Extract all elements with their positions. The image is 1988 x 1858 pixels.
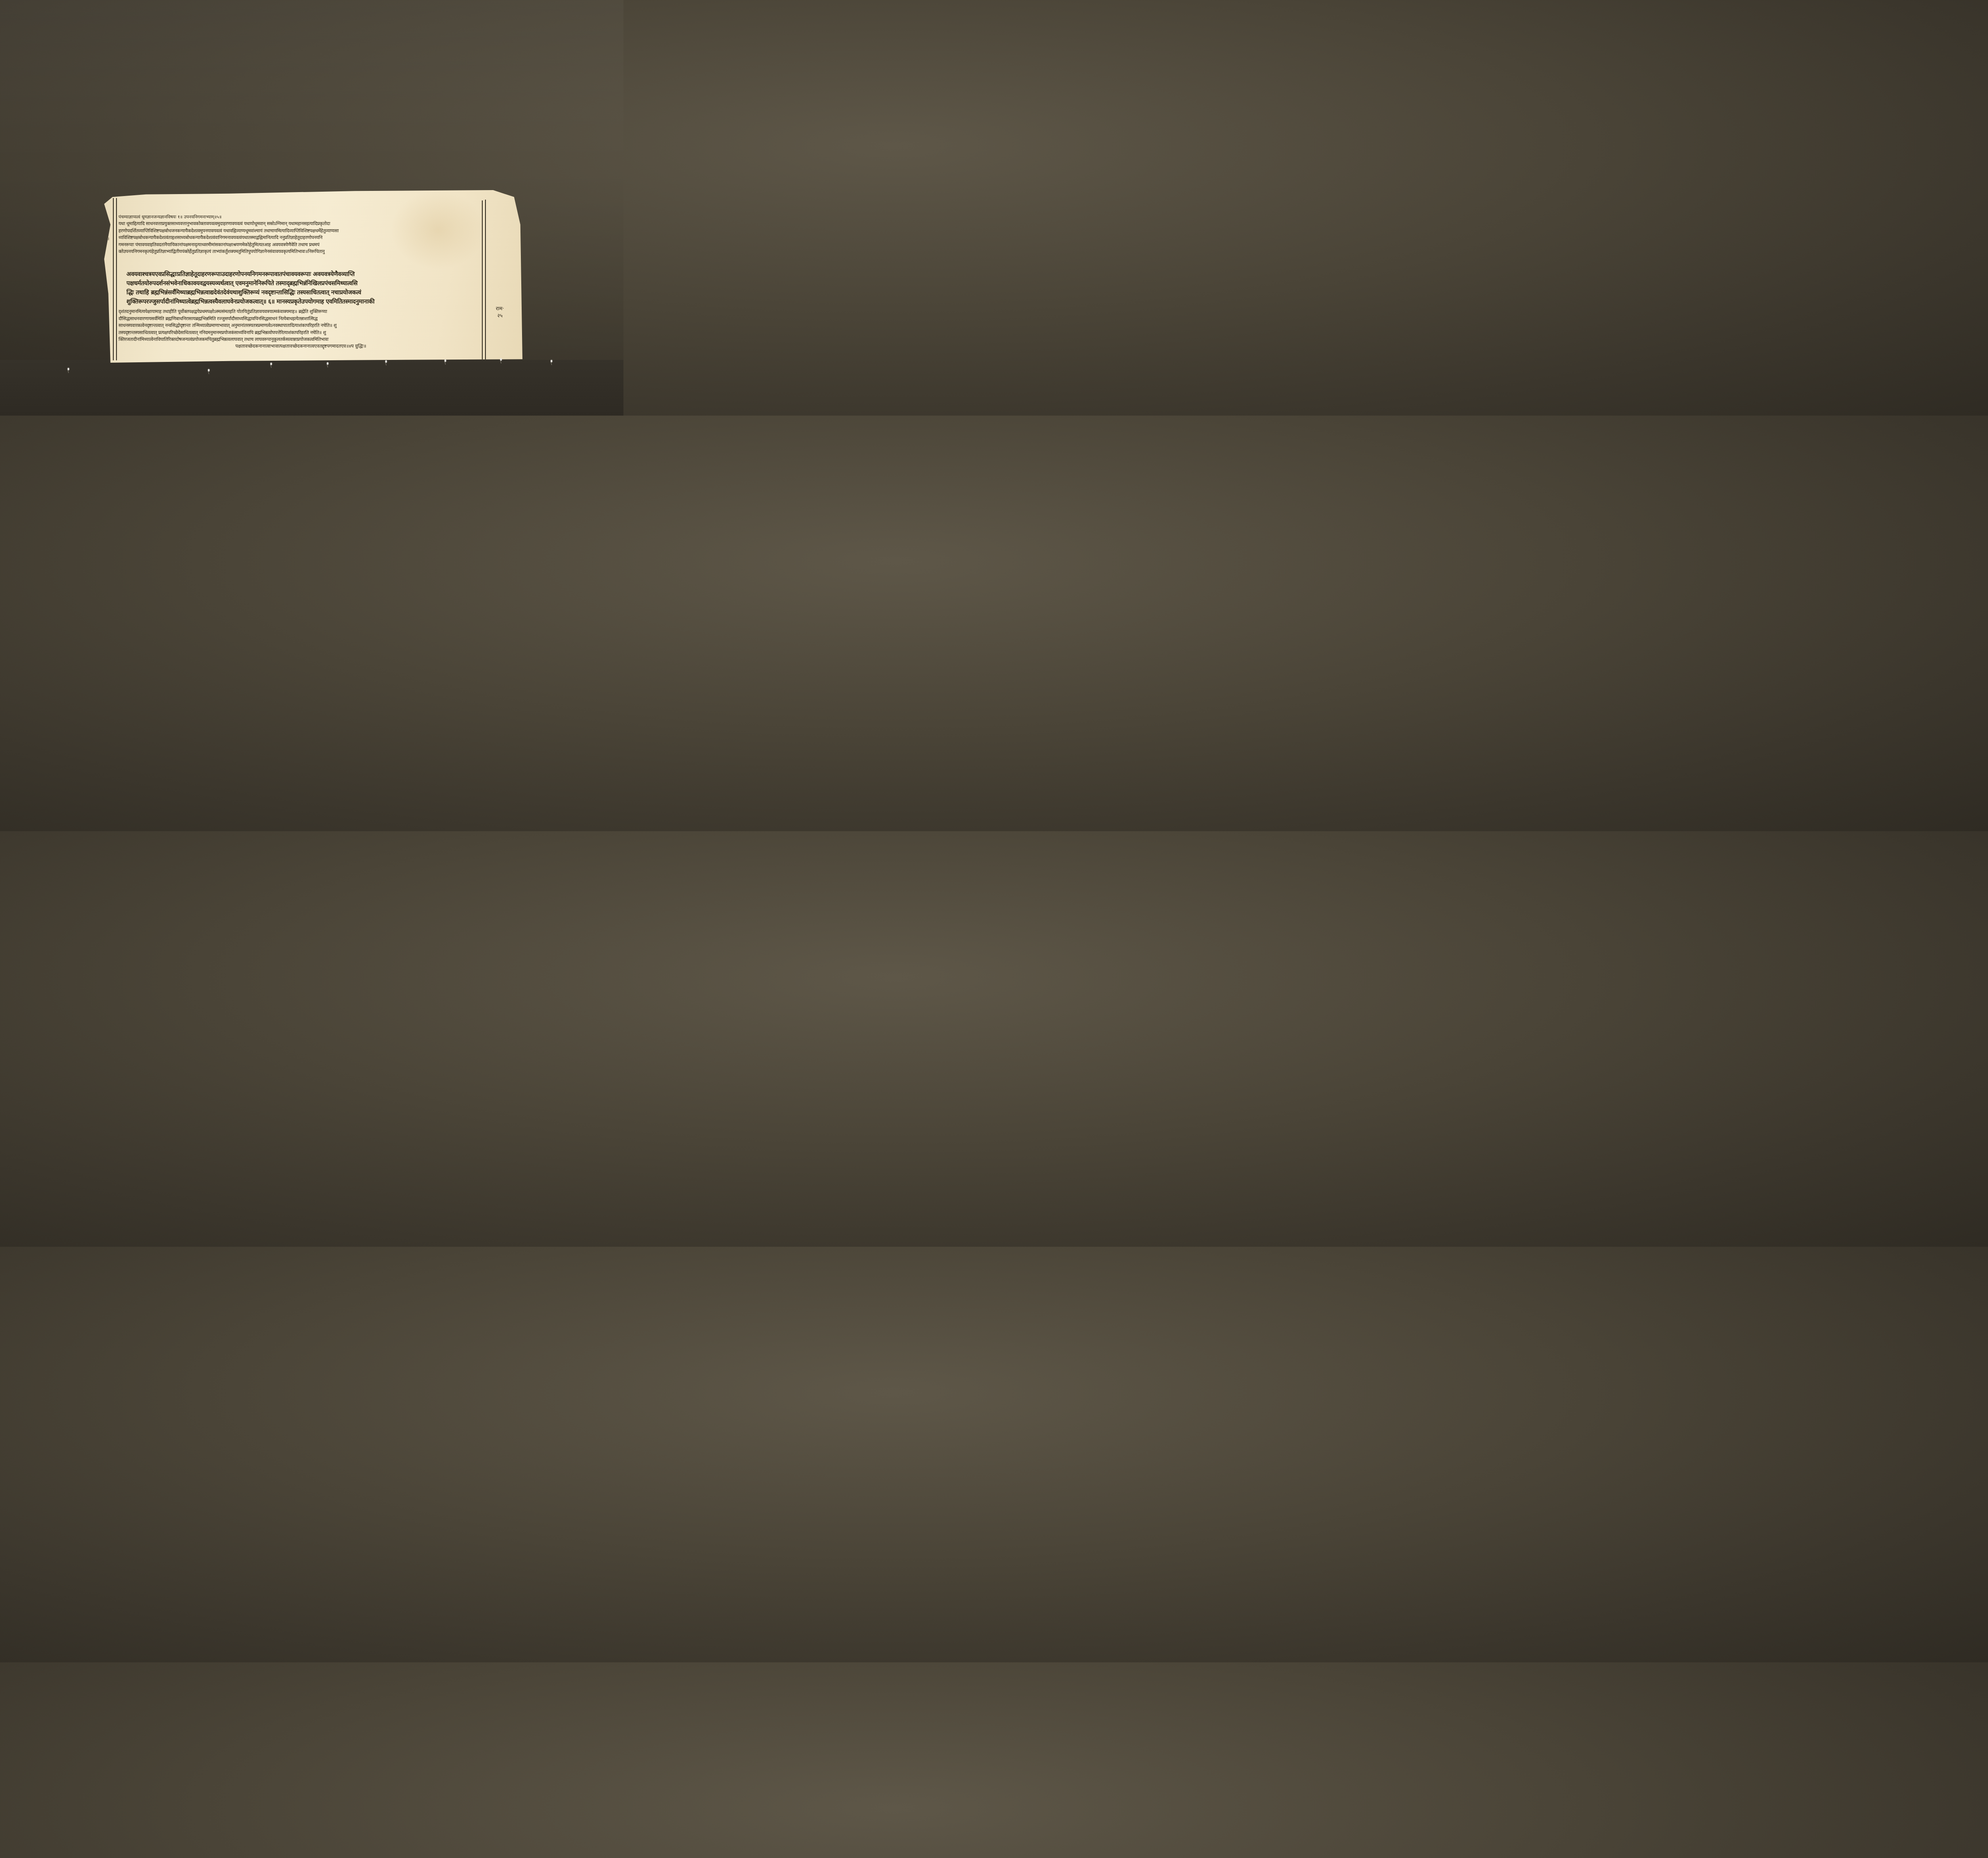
pin-icon — [385, 360, 387, 363]
right-border-rule-outer — [485, 200, 486, 360]
right-border-rule-inner — [482, 200, 483, 360]
pin-icon — [68, 368, 69, 370]
manuscript-leaf: पृ॥ पंचम्याज्ञाप्यत्वं धूमज्ञानजन्यज्ञान… — [104, 190, 522, 363]
commentary-line: हरणोपदर्शितव्याप्तिविशिष्टपक्षबोधजनकन्या… — [118, 227, 479, 235]
left-border-rule-outer — [113, 198, 114, 360]
verse-line: अवयवाश्चत्रयएवप्रसिद्धाःप्रतिज्ञाहेतूदाह… — [126, 270, 471, 279]
margin-note-title: राम· — [496, 305, 504, 313]
commentary-line: ध्यविशिष्टपक्षबोधकन्यायैकदेशत्वंताहृशसाध… — [118, 234, 479, 241]
pin-icon — [500, 358, 502, 361]
pin-icon — [327, 362, 328, 365]
commentary-bottom: दृशंतदनुमानमित्यपेक्षायामाह तथाहीति पूर्… — [118, 308, 479, 343]
pin-icon — [445, 360, 446, 362]
commentary-line: दौसिद्धसाधनवारणायसर्वमिति ब्रह्मणिबाधनिर… — [118, 315, 479, 323]
margin-note-page-number: २५ — [496, 313, 504, 320]
verse-line: शुक्तिरूपरज्जुसर्पादीनांमिथ्यात्वेब्रह्म… — [126, 297, 471, 306]
pin-icon — [208, 369, 210, 371]
left-border-rule-inner — [116, 198, 117, 360]
commentary-top: यथा धूमाद्दित्यादि साधनवत्ताप्रयुक्तसाध्… — [118, 220, 479, 255]
pin-icon — [551, 360, 552, 362]
final-line: पक्षतावच्छेदकनानात्वाभावात्पक्षतावच्छेदक… — [235, 343, 479, 349]
commentary-line: गमनरूपाः पंचावयवाइतिवदतांनैयायिकानांपक्ष… — [118, 241, 479, 249]
commentary-line: साधनस्यवारकत्वेनदृष्टान्तत्वात् नन्वसिद्… — [118, 322, 479, 329]
commentary-line: यथा धूमाद्दित्यादि साधनवत्ताप्रयुक्तसाध्… — [118, 220, 479, 227]
commentary-line: दृशंतदनुमानमित्यपेक्षायामाह तथाहीति पूर्… — [118, 308, 479, 315]
verse-line: द्धिः तथाहि ब्रह्मभिन्नंसर्वंमिथ्याब्रह्… — [126, 288, 471, 297]
header-line: पंचम्याज्ञाप्यत्वं धूमज्ञानजन्यज्ञानविषय… — [118, 214, 479, 220]
commentary-line: क्तेउपनयनिगमनकृत्यंहेतुप्रतिज्ञाभ्यांद्व… — [118, 248, 479, 255]
commentary-line: क्तिरजतादीनांमिथ्यात्वेनाविघातिरिक्तदोषज… — [118, 336, 479, 343]
right-margin-note: राम· २५ — [496, 305, 504, 320]
main-verse: अवयवाश्चत्रयएवप्रसिद्धाःप्रतिज्ञाहेतूदाह… — [126, 270, 471, 306]
verse-line: पक्षधर्मतयोरुपदर्शनसंभवेनाधिकावयवद्वयस्य… — [126, 279, 471, 288]
pin-icon — [270, 363, 272, 365]
commentary-line: तस्यदृष्टान्तस्यसाधितत्वात् प्रत्यक्षपरि… — [118, 329, 479, 336]
mounting-board — [0, 360, 623, 416]
